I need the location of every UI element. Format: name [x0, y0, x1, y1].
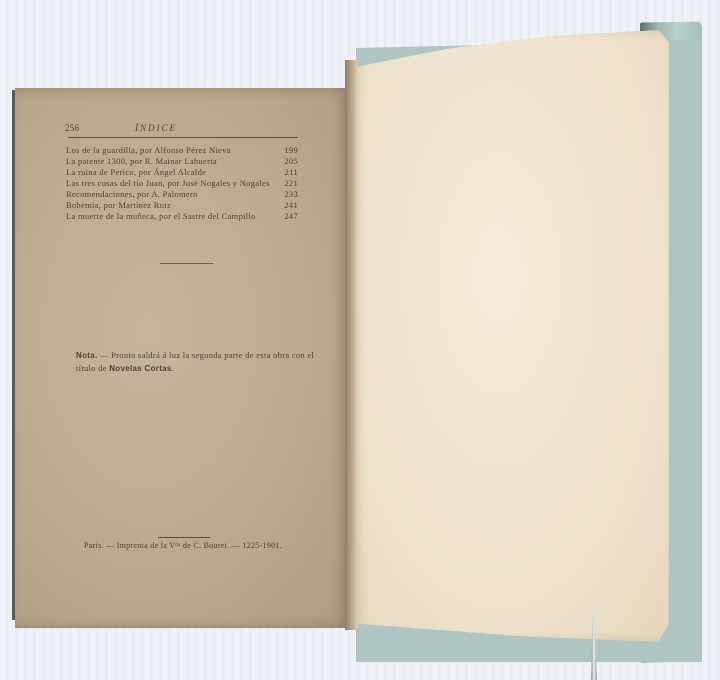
- header-rule: [68, 137, 298, 138]
- toc-page: 199: [276, 145, 298, 156]
- toc-row: Bohemia, por Martínez Ruiz241: [66, 200, 298, 211]
- toc-title: Las tres cosas del tío Juan, por José No…: [66, 178, 270, 189]
- toc-row: Recomendaciones, por A. Palomero233: [66, 189, 298, 200]
- note-end: .: [172, 363, 174, 373]
- toc-row: Las tres cosas del tío Juan, por José No…: [66, 178, 298, 189]
- toc-title: Recomendaciones, por A. Palomero: [66, 189, 198, 200]
- page-number: 256: [65, 123, 135, 133]
- toc-page: 233: [276, 189, 298, 200]
- page-header: 256 ÍNDICE: [65, 123, 295, 133]
- toc-row: Los de la guardilla, por Alfonso Pérez N…: [66, 145, 298, 156]
- toc-page: 241: [276, 200, 298, 211]
- toc-row: La muerte de la muñeca, por el Sastre de…: [66, 211, 298, 222]
- colophon-rule: [158, 537, 210, 538]
- note-label: Nota.: [76, 351, 98, 360]
- note-paragraph: Nota. — Pronto saldrá á luz la segunda p…: [76, 349, 316, 375]
- toc-row: La patente 1300, por R. Mainar Lahuerta2…: [66, 156, 298, 167]
- toc-row: La ruina de Perico, por Ángel Alcalde211: [66, 167, 298, 178]
- toc-title: Los de la guardilla, por Alfonso Pérez N…: [66, 145, 231, 156]
- right-blank-page: [350, 30, 682, 642]
- toc-page: 205: [276, 156, 298, 167]
- toc-title: Bohemia, por Martínez Ruiz: [66, 200, 171, 211]
- toc-page: 247: [276, 211, 298, 222]
- running-head: ÍNDICE: [135, 123, 177, 133]
- toc-title: La ruina de Perico, por Ángel Alcalde: [66, 167, 206, 178]
- toc-page: 221: [276, 178, 298, 189]
- table-of-contents: Los de la guardilla, por Alfonso Pérez N…: [66, 145, 298, 222]
- section-divider: [160, 263, 213, 264]
- toc-title: La patente 1300, por R. Mainar Lahuerta: [66, 156, 217, 167]
- note-bold-title: Novelas Cortas: [109, 364, 171, 373]
- toc-page: 211: [276, 167, 298, 178]
- book-gutter: [345, 60, 357, 630]
- colophon: París. — Imprenta de la Vᵈᵃ de C. Bouret…: [84, 541, 282, 550]
- toc-title: La muerte de la muñeca, por el Sastre de…: [66, 211, 256, 222]
